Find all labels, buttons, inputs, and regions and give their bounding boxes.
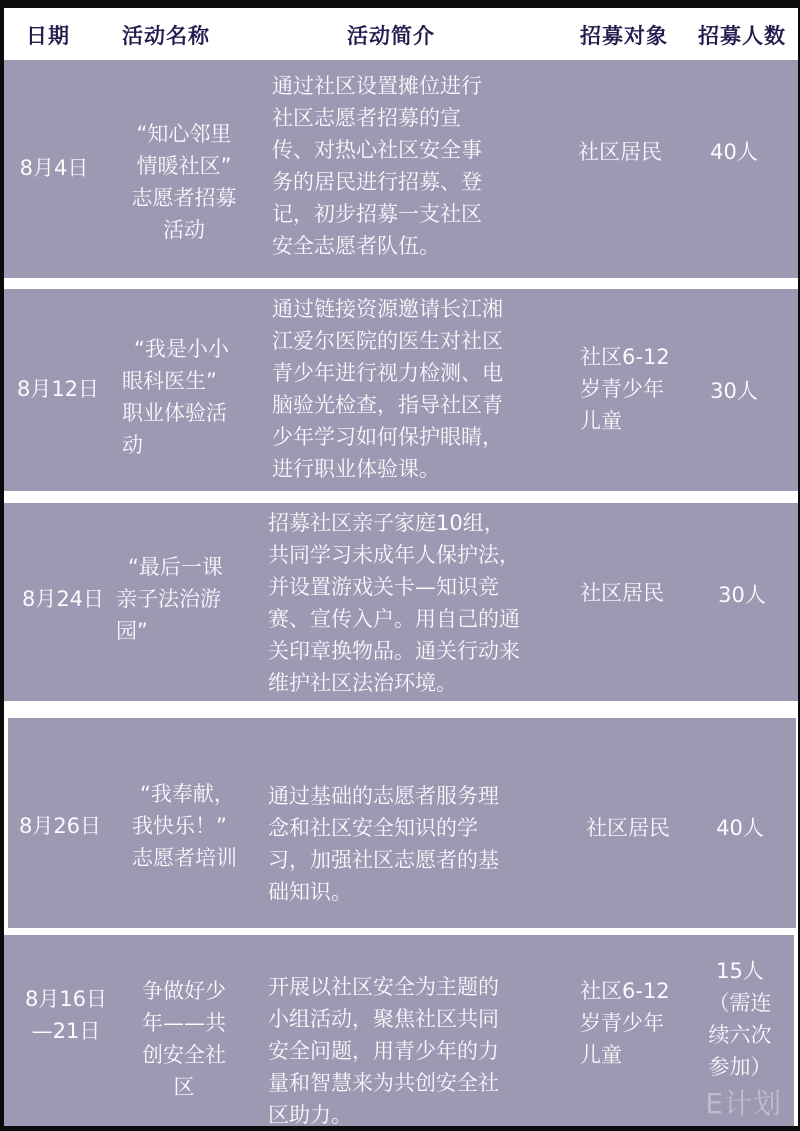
- name-line: “最后一课: [116, 551, 246, 583]
- header-activity-description: 活动简介: [347, 20, 435, 50]
- name-line: 亲子法治游: [116, 583, 246, 615]
- desc-line: 务的居民进行招募、登: [272, 166, 562, 198]
- cell-recruit-target: 社区居民: [586, 812, 696, 844]
- target-line: 岁青少年: [580, 373, 690, 405]
- name-line: “我奉献，: [132, 778, 262, 810]
- cell-activity-description: 通过链接资源邀请长江湘 江爱尔医院的医生对社区 青少年进行视力检测、电 脑验光检…: [272, 293, 572, 485]
- cell-activity-name: 争做好少 年——共 创安全社 区: [132, 975, 236, 1103]
- cell-activity-name: “我是小小 眼科医生” 职业体验活 动: [122, 333, 252, 461]
- table-row: 8月26日 “我奉献， 我快乐！” 志愿者培训 通过基础的志愿者服务理 念和社区…: [8, 718, 796, 928]
- cell-activity-description: 通过基础的志愿者服务理 念和社区安全知识的学 习，加强社区志愿者的基 础知识。: [268, 780, 568, 908]
- desc-line: 社区志愿者招募的宣: [272, 102, 562, 134]
- name-line: 活动: [114, 214, 254, 246]
- cell-date: 8月12日: [4, 373, 112, 405]
- desc-line: 记，初步招募一支社区: [272, 198, 562, 230]
- desc-line: 传、对热心社区安全事: [272, 134, 562, 166]
- cell-date: 8月16日 —21日: [16, 983, 116, 1047]
- cell-activity-description: 招募社区亲子家庭10组， 共同学习未成年人保护法， 并设置游戏关卡—知识竞 赛、…: [268, 507, 578, 699]
- name-line: 争做好少: [132, 975, 236, 1007]
- desc-line: 量和智慧来为共创安全社: [268, 1067, 568, 1099]
- table-row: 8月24日 “最后一课 亲子法治游 园” 招募社区亲子家庭10组， 共同学习未成…: [4, 503, 798, 701]
- cell-recruit-count: 30人: [702, 579, 782, 611]
- name-line: 我快乐！”: [132, 810, 262, 842]
- target-line: 岁青少年: [580, 1007, 690, 1039]
- target-line: 社区居民: [586, 812, 696, 844]
- cell-date: 8月26日: [8, 810, 112, 842]
- header-date: 日期: [26, 20, 70, 50]
- desc-line: 少年学习如何保护眼睛，: [272, 421, 572, 453]
- count-line: 续六次: [694, 1019, 786, 1051]
- desc-line: 赛、宣传入户。用自己的通: [268, 603, 578, 635]
- table-header: 日期 活动名称 活动简介 招募对象 招募人数: [4, 8, 798, 60]
- cell-activity-name: “知心邻里 情暖社区” 志愿者招募 活动: [114, 118, 254, 246]
- desc-line: 小组活动，聚焦社区共同: [268, 1003, 568, 1035]
- desc-line: 关印章换物品。通关行动来: [268, 635, 578, 667]
- cell-recruit-count: 40人: [694, 136, 774, 168]
- target-line: 社区6-12: [580, 975, 690, 1007]
- target-line: 社区6-12: [580, 341, 690, 373]
- desc-line: 江爱尔医院的医生对社区: [272, 325, 572, 357]
- cell-activity-description: 通过社区设置摊位进行 社区志愿者招募的宣 传、对热心社区安全事 务的居民进行招募…: [272, 70, 562, 262]
- cell-recruit-count: 15人 （需连 续六次 参加）: [694, 955, 786, 1083]
- count-line: 参加）: [694, 1051, 786, 1083]
- desc-line: 通过社区设置摊位进行: [272, 70, 562, 102]
- target-line: 儿童: [580, 405, 690, 437]
- desc-line: 青少年进行视力检测、电: [272, 357, 572, 389]
- count-line: 40人: [694, 136, 774, 168]
- desc-line: 习，加强社区志愿者的基: [268, 844, 568, 876]
- header-activity-name: 活动名称: [122, 20, 210, 50]
- count-line: 30人: [694, 375, 774, 407]
- date-line: 8月4日: [4, 152, 104, 184]
- cell-recruit-target: 社区6-12 岁青少年 儿童: [580, 341, 690, 437]
- desc-line: 念和社区安全知识的学: [268, 812, 568, 844]
- table-row: 8月4日 “知心邻里 情暖社区” 志愿者招募 活动 通过社区设置摊位进行 社区志…: [4, 60, 798, 278]
- target-line: 社区居民: [578, 136, 688, 168]
- target-line: 儿童: [580, 1039, 690, 1071]
- desc-line: 通过链接资源邀请长江湘: [272, 293, 572, 325]
- cell-recruit-target: 社区6-12 岁青少年 儿童: [580, 975, 690, 1071]
- cell-recruit-count: 30人: [694, 375, 774, 407]
- date-line: 8月12日: [4, 373, 112, 405]
- header-recruit-target: 招募对象: [580, 20, 668, 50]
- target-line: 社区居民: [580, 577, 690, 609]
- date-line: 8月24日: [10, 583, 116, 615]
- cell-activity-name: “最后一课 亲子法治游 园”: [116, 551, 246, 647]
- name-line: 职业体验活: [122, 397, 252, 429]
- count-line: 15人: [694, 955, 786, 987]
- cell-recruit-target: 社区居民: [580, 577, 690, 609]
- desc-line: 进行职业体验课。: [272, 453, 572, 485]
- name-line: 志愿者培训: [132, 842, 262, 874]
- date-line: 8月26日: [8, 810, 112, 842]
- cell-recruit-target: 社区居民: [578, 136, 688, 168]
- count-line: 40人: [700, 812, 780, 844]
- count-line: 30人: [702, 579, 782, 611]
- table-row: 8月12日 “我是小小 眼科医生” 职业体验活 动 通过链接资源邀请长江湘 江爱…: [4, 289, 798, 491]
- desc-line: 脑验光检查，指导社区青: [272, 389, 572, 421]
- date-line: —21日: [16, 1015, 116, 1047]
- desc-line: 并设置游戏关卡—知识竞: [268, 571, 578, 603]
- name-line: 创安全社: [132, 1039, 236, 1071]
- header-recruit-count: 招募人数: [698, 20, 786, 50]
- desc-line: 安全志愿者队伍。: [272, 230, 562, 262]
- name-line: 情暖社区”: [114, 150, 254, 182]
- name-line: 区: [132, 1071, 236, 1103]
- name-line: 志愿者招募: [114, 182, 254, 214]
- date-line: 8月16日: [16, 983, 116, 1015]
- name-line: “我是小小: [122, 333, 252, 365]
- activity-schedule-sheet: 日期 活动名称 活动简介 招募对象 招募人数 8月4日 “知心邻里 情暖社区” …: [4, 8, 798, 1126]
- count-line: （需连: [694, 987, 786, 1019]
- desc-line: 通过基础的志愿者服务理: [268, 780, 568, 812]
- name-line: 园”: [116, 615, 246, 647]
- name-line: 动: [122, 429, 252, 461]
- desc-line: 础知识。: [268, 876, 568, 908]
- cell-date: 8月24日: [10, 583, 116, 615]
- name-line: 眼科医生”: [122, 365, 252, 397]
- name-line: “知心邻里: [114, 118, 254, 150]
- desc-line: 维护社区法治环境。: [268, 667, 578, 699]
- desc-line: 安全问题，用青少年的力: [268, 1035, 568, 1067]
- cell-activity-description: 开展以社区安全为主题的 小组活动，聚焦社区共同 安全问题，用青少年的力 量和智慧…: [268, 971, 568, 1131]
- desc-line: 开展以社区安全为主题的: [268, 971, 568, 1003]
- desc-line: 区助力。: [268, 1099, 568, 1131]
- watermark-text: E计划: [705, 1082, 782, 1122]
- cell-recruit-count: 40人: [700, 812, 780, 844]
- cell-date: 8月4日: [4, 152, 104, 184]
- desc-line: 共同学习未成年人保护法，: [268, 539, 578, 571]
- cell-activity-name: “我奉献， 我快乐！” 志愿者培训: [132, 778, 262, 874]
- name-line: 年——共: [132, 1007, 236, 1039]
- table-row: 8月16日 —21日 争做好少 年——共 创安全社 区 开展以社区安全为主题的 …: [4, 935, 794, 1126]
- desc-line: 招募社区亲子家庭10组，: [268, 507, 578, 539]
